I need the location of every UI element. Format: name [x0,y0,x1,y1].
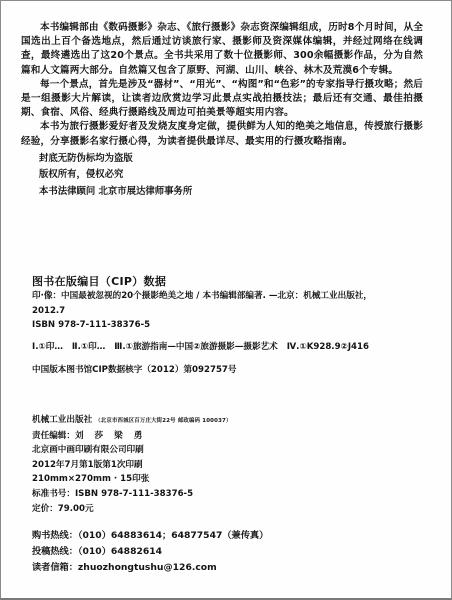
cip-date: 2012.7 [32,304,451,319]
contact-info: 购书热线：（010）64883614；64877547（兼传真） 投稿热线：（0… [32,528,451,576]
price: 定价：79.00元 [32,502,451,517]
order-hotline: 购书热线：（010）64883614；64877547（兼传真） [32,528,451,544]
publisher-line: 机械工业出版社 （北京市西城区百万庄大街22号 邮政编码 100037） [32,413,451,429]
intro-paragraph: 本书编辑部由《数码摄影》杂志、《旅行摄影》杂志资深编辑组成，历时8个月时间，从全… [21,21,423,78]
printer: 北京画中画印刷有限公司印刷 [32,443,451,458]
publisher-name: 机械工业出版社 [32,415,92,425]
intro-paragraph: 每一个景点，首先是涉及“器材”、“用光”、“构图”和“色彩”的专家指导行摄攻略；… [21,78,423,121]
submission-hotline: 投稿热线：（010）64882614 [32,544,451,560]
publication-info: 机械工业出版社 （北京市西城区百万庄大街22号 邮政编码 100037） 责任编… [32,413,451,516]
cip-number: 中国版本图书馆CIP数据核字（2012）第092757号 [32,363,451,375]
standard-book-number: 标准书号：ISBN 978-7-111-38376-5 [32,487,451,502]
anti-piracy-notice: 封底无防伪标均为盗版 [39,151,451,167]
legal-counsel: 本书法律顾问 北京市展达律师事务所 [39,184,451,200]
publisher-address: （北京市西城区百万庄大街22号 邮政编码 100037） [95,418,231,424]
cip-title: 图书在版编目（CIP）数据 [32,273,451,289]
cip-record-line: 印·像：中国最被忽视的20个摄影绝美之地 / 本书编辑部编著. —北京：机械工业… [32,289,451,304]
edition: 2012年7月第1版第1次印刷 [32,458,451,473]
cip-record: 印·像：中国最被忽视的20个摄影绝美之地 / 本书编辑部编著. —北京：机械工业… [32,289,451,333]
book-format: 210mm×270mm · 15印张 [32,472,451,487]
intro-text: 本书编辑部由《数码摄影》杂志、《旅行摄影》杂志资深编辑组成，历时8个月时间，从全… [21,21,423,149]
intro-paragraph: 本书为旅行摄影爱好者及发烧友度身定做，提供鲜为人知的绝美之地信息，传授旅行摄影经… [21,120,423,148]
rights-reserved: 版权所有，侵权必究 [39,167,451,183]
reader-email: 读者信箱：zhuozhongtushu@126.com [32,560,451,576]
copyright-notice: 封底无防伪标均为盗版 版权所有，侵权必究 本书法律顾问 北京市展达律师事务所 [39,151,451,200]
responsible-editors: 责任编辑：刘 莎 梁 勇 [32,429,451,444]
copyright-page: 本书编辑部由《数码摄影》杂志、《旅行摄影》杂志资深编辑组成，历时8个月时间，从全… [0,0,452,600]
cip-isbn: ISBN 978-7-111-38376-5 [32,318,451,333]
cip-classification: Ⅰ.①印… Ⅱ.①印… Ⅲ.①旅游指南—中国②旅游摄影—摄影艺术 Ⅳ.①K928… [32,340,451,352]
